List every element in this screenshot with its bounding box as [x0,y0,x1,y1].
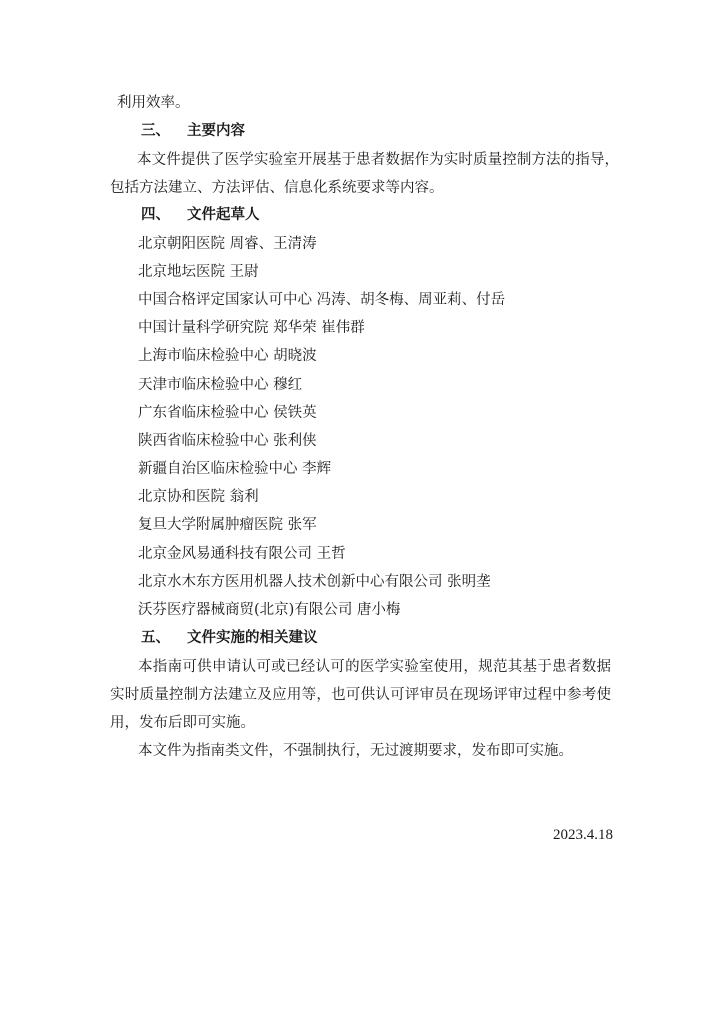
drafter-item: 广东省临床检验中心 侯铁英 [138,404,317,422]
paragraph-line: 本文件提供了医学实验室开展基于患者数据作为实时质量控制方法的指导， [137,151,619,169]
drafter-item: 复旦大学附属肿瘤医院 张军 [138,516,317,534]
section-heading-drafters: 四、文件起草人 [141,206,260,224]
paragraph-line: 本指南可供申请认可或已经认可的医学实验室使用，规范其基于患者数据 [138,658,611,676]
section-title: 主要内容 [187,123,245,139]
drafter-item: 北京协和医院 翁利 [138,488,259,506]
drafter-item: 北京水木东方医用机器人技术创新中心有限公司 张明垄 [138,573,491,591]
drafter-item: 新疆自治区临床检验中心 李辉 [138,460,331,478]
drafter-item: 中国合格评定国家认可中心 冯涛、胡冬梅、周亚莉、付岳 [138,291,505,309]
section-heading-implementation: 五、文件实施的相关建议 [141,629,318,647]
paragraph-line: 包括方法建立、方法评估、信息化系统要求等内容。 [110,179,444,197]
drafter-item: 天津市临床检验中心 穆红 [138,376,302,394]
drafter-item: 北京地坛医院 王尉 [138,263,259,281]
document-page: 利用效率。 三、主要内容 本文件提供了医学实验室开展基于患者数据作为实时质量控制… [0,0,720,1018]
section-number: 五、 [141,629,187,647]
intro-tail-text: 利用效率。 [117,94,190,112]
paragraph-line: 用，发布后即可实施。 [110,714,255,732]
document-date: 2023.4.18 [553,826,613,844]
paragraph-line: 实时质量控制方法建立及应用等，也可供认可评审员在现场评审过程中参考使 [110,686,611,704]
drafter-item: 陕西省临床检验中心 张利侠 [138,432,317,450]
section-number: 三、 [141,122,187,140]
drafter-item: 北京朝阳医院 周睿、王清涛 [138,235,317,253]
section-heading-main-content: 三、主要内容 [141,122,245,140]
drafter-item: 沃芬医疗器械商贸(北京)有限公司 唐小梅 [138,601,400,619]
paragraph-line: 本文件为指南类文件，不强制执行，无过渡期要求，发布即可实施。 [138,742,573,760]
section-number: 四、 [141,206,187,224]
drafter-item: 北京金风易通科技有限公司 王哲 [138,545,346,563]
drafter-item: 上海市临床检验中心 胡晓波 [138,347,317,365]
section-title: 文件起草人 [187,207,260,223]
section-title: 文件实施的相关建议 [187,630,318,646]
drafter-item: 中国计量科学研究院 郑华荣 崔伟群 [138,319,365,337]
